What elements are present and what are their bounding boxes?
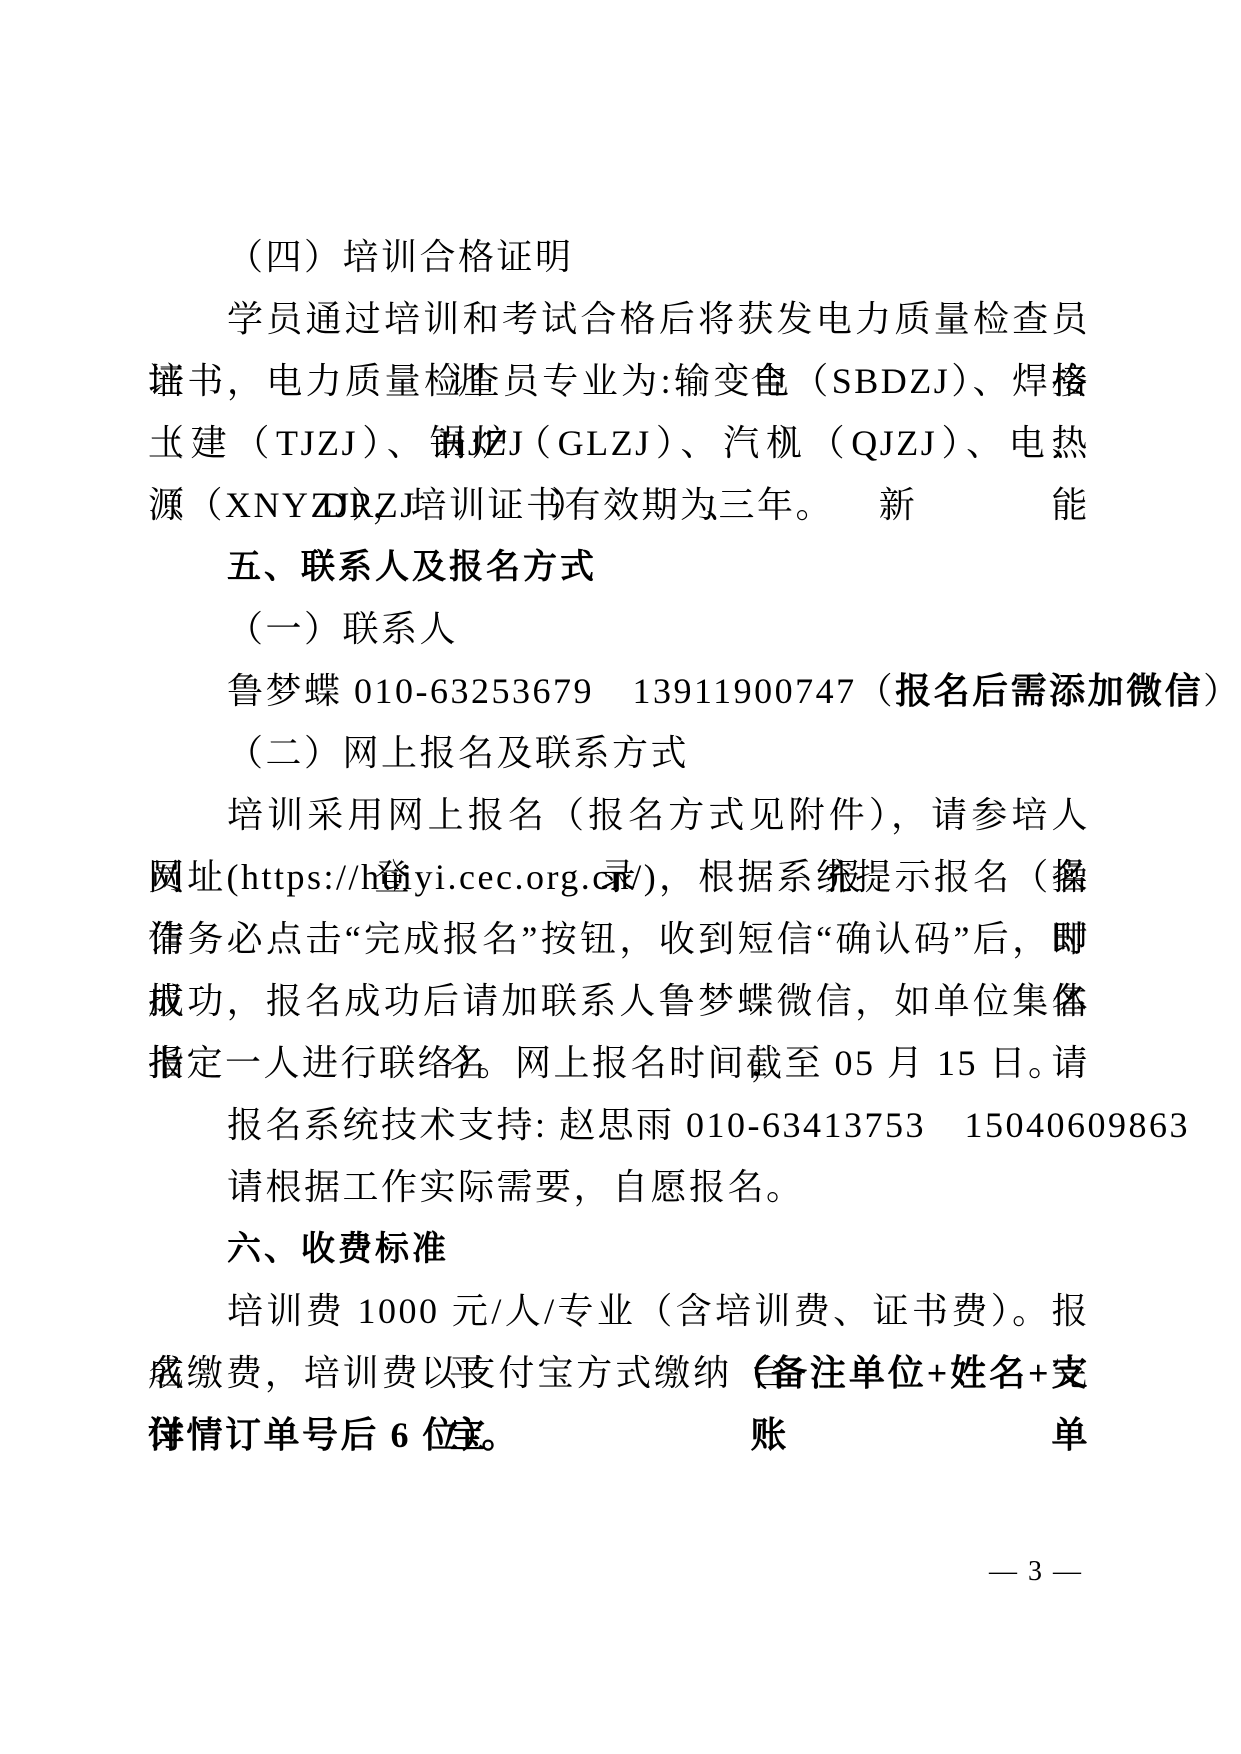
body-line-with-url: 网址(https://huiyi.cec.org.cn/)，根据系统提示报名（操… bbox=[148, 846, 1090, 908]
subsection-heading-text: （四）培训合格证明 bbox=[227, 237, 574, 277]
page-number: — 3 — bbox=[989, 1552, 1083, 1592]
document-page: （四）培训合格证明 学员通过培训和考试合格后将获发电力质量检查员培训合格 证书，… bbox=[0, 0, 1241, 1754]
tech-support-line: 报名系统技术支持: 赵思雨 010-63413753 15040609863 bbox=[148, 1094, 1090, 1156]
document-body: （四）培训合格证明 学员通过培训和考试合格后将获发电力质量检查员培训合格 证书，… bbox=[148, 226, 1090, 1466]
payment-note-bold: 详情订单号后 6 位）。 bbox=[148, 1415, 520, 1455]
contact-info-line: 鲁梦蝶 010-63253679 13911900747（报名后需添加微信） bbox=[148, 660, 1090, 722]
section-heading-text: 五、联系人及报名方式 bbox=[227, 548, 597, 586]
section-heading-fees: 六、收费标准 bbox=[148, 1218, 1090, 1280]
body-line: 成功，报名成功后请加联系人鲁梦蝶微信，如单位集体报名，请 bbox=[148, 970, 1090, 1032]
closing-paren: ） bbox=[1203, 671, 1241, 711]
body-line: 培训费 1000 元/人/专业（含培训费、证书费）。报名平台完 bbox=[148, 1280, 1090, 1342]
contact-name-and-phones: 鲁梦蝶 010-63253679 13911900747（ bbox=[227, 671, 895, 711]
subsection-heading-text: （一）联系人 bbox=[227, 609, 458, 649]
subsection-heading-text: （二）网上报名及联系方式 bbox=[227, 733, 689, 773]
body-line: 证书，电力质量检查员专业为:输变电（SBDZJ）、焊接（HJZJ）、 bbox=[148, 350, 1090, 412]
body-line: 土建（TJZJ）、锅炉（GLZJ）、汽机（QJZJ）、电热（DRZJ）、新能 bbox=[148, 412, 1090, 474]
page-number-text: — 3 — bbox=[989, 1556, 1083, 1587]
body-line: 成缴费，培训费以支付宝方式缴纳（备注单位+姓名+支付宝账单 bbox=[148, 1342, 1090, 1404]
body-line: 指定一人进行联络）。网上报名时间截至 05 月 15 日。 bbox=[148, 1032, 1090, 1094]
subsection-heading-contact-person: （一）联系人 bbox=[148, 598, 1090, 660]
body-text: 请根据工作实际需要，自愿报名。 bbox=[227, 1167, 805, 1207]
subsection-heading-training-certificate: （四）培训合格证明 bbox=[148, 226, 1090, 288]
section-heading-contact: 五、联系人及报名方式 bbox=[148, 536, 1090, 598]
subsection-heading-online-registration: （二）网上报名及联系方式 bbox=[148, 722, 1090, 784]
wechat-note: 报名后需添加微信 bbox=[895, 671, 1203, 711]
body-line: 培训采用网上报名（报名方式见附件），请参培人员登录报名 bbox=[148, 784, 1090, 846]
tech-support-text: 报名系统技术支持: 赵思雨 010-63413753 15040609863 bbox=[227, 1105, 1190, 1145]
body-line: 学员通过培训和考试合格后将获发电力质量检查员培训合格 bbox=[148, 288, 1090, 350]
body-text: 成缴费，培训费以支付宝方式缴纳 bbox=[148, 1353, 732, 1393]
body-text: 指定一人进行联络）。网上报名时间截至 05 月 15 日。 bbox=[148, 1043, 1067, 1083]
body-text: 源（XNYZJ），培训证书有效期为三年。 bbox=[148, 485, 834, 525]
section-heading-text: 六、收费标准 bbox=[227, 1230, 449, 1268]
registration-url: https://huiyi.cec.org.cn/ bbox=[241, 857, 644, 897]
body-line: 请务必点击“完成报名”按钮，收到短信“确认码”后，即报名 bbox=[148, 908, 1090, 970]
body-line: 请根据工作实际需要，自愿报名。 bbox=[148, 1156, 1090, 1218]
body-text: 网址( bbox=[148, 857, 241, 897]
